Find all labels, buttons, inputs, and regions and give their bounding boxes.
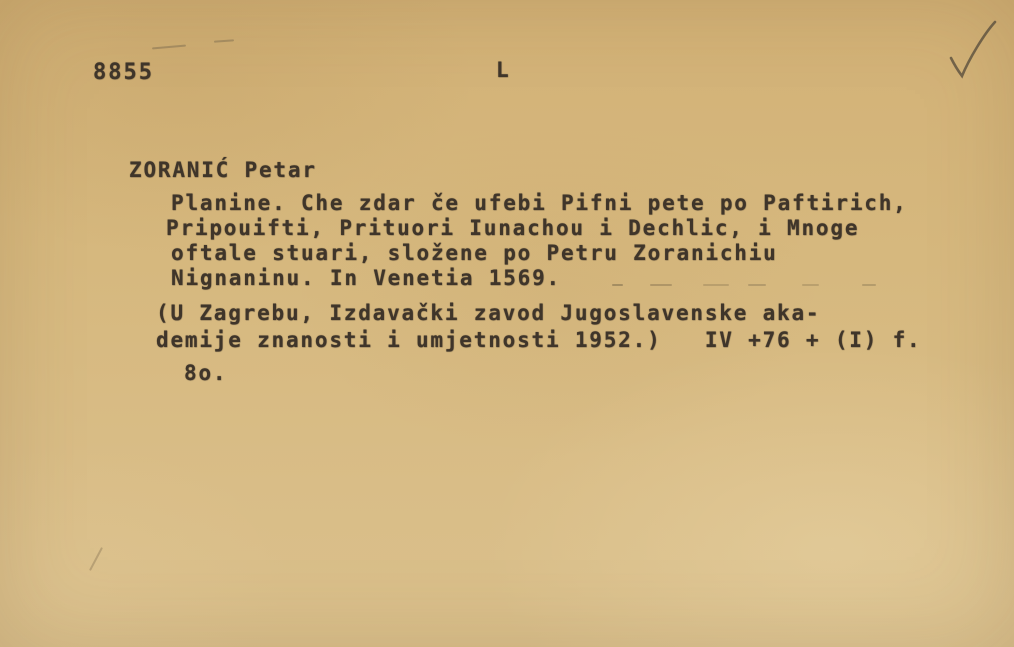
faint-dash-mark	[650, 284, 672, 286]
faint-dash-mark	[802, 284, 819, 286]
title-line: Planine. Che zdar če ufebi Pifni pete po…	[171, 191, 908, 215]
pencil-mark	[214, 39, 234, 42]
title-line: oftale stuari, složene po Petru Zoranich…	[171, 241, 778, 265]
author-heading: ZORANIĆ Petar	[129, 158, 317, 182]
title-line: Pripouifti, Prituori Iunachou i Dechlic,…	[166, 216, 859, 240]
pencil-mark	[152, 45, 186, 50]
faint-dash-mark	[612, 284, 623, 286]
title-line: Nignaninu. In Venetia 1569.	[171, 266, 561, 290]
paper-scratch	[89, 547, 103, 571]
format-designation: 8o.	[184, 361, 227, 385]
imprint-line: (U Zagrebu, Izdavački zavod Jugoslavensk…	[156, 301, 820, 325]
call-number: 8855	[93, 60, 154, 85]
faint-dash-mark	[862, 284, 876, 286]
imprint-line: demije znanosti i umjetnosti 1952.) IV +…	[156, 328, 921, 352]
faint-dash-mark	[748, 284, 766, 286]
section-letter: L	[496, 58, 510, 82]
faint-dash-mark	[703, 284, 729, 286]
catalog-card: 8855 L ZORANIĆ Petar Planine. Che zdar č…	[0, 0, 1014, 647]
checkmark-icon	[936, 14, 1008, 86]
